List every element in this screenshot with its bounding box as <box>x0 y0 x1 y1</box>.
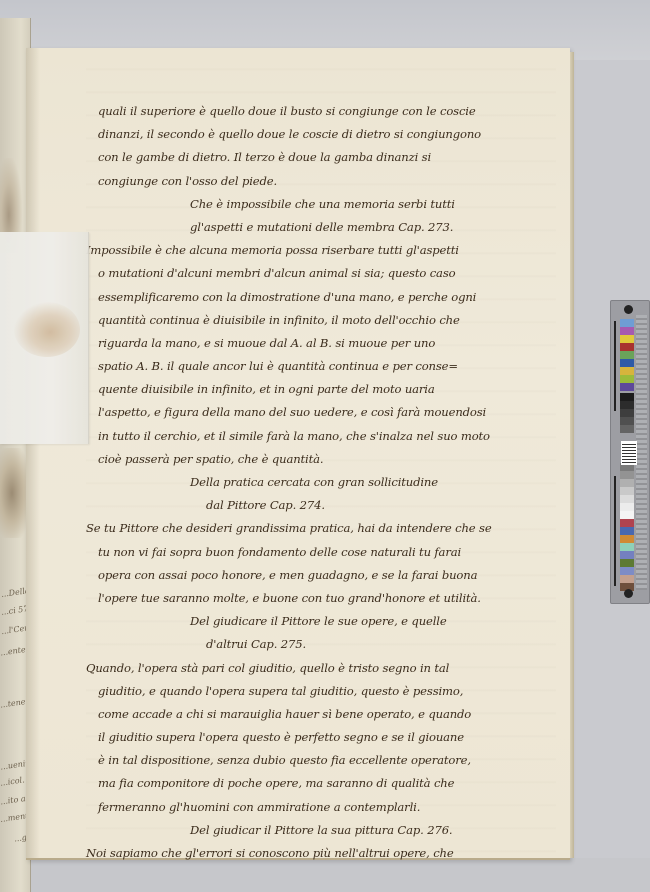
color-swatch <box>620 383 634 391</box>
color-swatch <box>620 471 634 479</box>
color-swatch <box>620 417 634 425</box>
color-swatch <box>620 335 634 343</box>
target-hole-top <box>624 305 633 314</box>
text-line: Se tu Pittore che desideri grandissima p… <box>86 517 538 540</box>
color-swatch <box>620 567 634 575</box>
chapter-heading: Della pratica cercata con gran sollicitu… <box>98 471 538 494</box>
target-edge-bar <box>614 476 616 586</box>
text-line: Quando, l'opera stà pari col giuditio, q… <box>86 657 538 680</box>
text-line: cioè passerà per spatio, che è quantità. <box>98 448 538 471</box>
text-line: quente diuisibile in infinito, et in ogn… <box>98 378 538 401</box>
color-swatch <box>620 551 634 559</box>
tissue-sketch-showthrough <box>14 302 80 357</box>
text-line: giuditio, e quando l'opera supera tal gi… <box>98 680 538 703</box>
text-line: ma fia componitore di poche opere, ma sa… <box>98 772 538 795</box>
text-line: quantità continua è diuisibile in infini… <box>98 309 538 332</box>
color-swatch <box>620 503 634 511</box>
text-line: l'aspetto, e figura della mano del suo u… <box>98 401 538 424</box>
text-line: con le gambe di dietro. Il terzo è doue … <box>98 146 538 169</box>
text-line: come accade a chi si marauiglia hauer sì… <box>98 703 538 726</box>
color-swatch <box>620 409 634 417</box>
color-swatch <box>620 343 634 351</box>
chapter-heading: Del giudicar il Pittore la sua pittura C… <box>98 819 538 842</box>
text-line: essemplificaremo con la dimostratione d'… <box>98 286 538 309</box>
tissue-interleaf <box>0 232 89 444</box>
text-line: quali il superiore è quello doue il bust… <box>98 100 538 123</box>
color-swatch <box>620 351 634 359</box>
color-swatch <box>620 527 634 535</box>
color-swatch <box>620 327 634 335</box>
text-line: è in tal dispositione, senza dubio quest… <box>98 749 538 772</box>
color-swatch <box>620 401 634 409</box>
text-line: in tutto il cerchio, et il simile farà l… <box>98 425 538 448</box>
chapter-heading: dal Pittore Cap. 274. <box>98 494 538 517</box>
target-edge-bar <box>614 321 616 411</box>
color-swatch <box>620 495 634 503</box>
text-line: dinanzi, il secondo è quello doue le cos… <box>98 123 538 146</box>
text-line: fermeranno gl'huomini con ammiratione a … <box>98 796 538 819</box>
color-swatch <box>620 359 634 367</box>
target-labels <box>636 315 647 590</box>
chapter-heading: Del giudicare il Pittore le sue opere, e… <box>98 610 538 633</box>
manuscript-page: quali il superiore è quello doue il bust… <box>26 48 570 860</box>
chapter-heading: d'altrui Cap. 275. <box>98 633 538 656</box>
text-line: il giuditio supera l'opera questo è perf… <box>98 726 538 749</box>
text-line: tu non vi fai sopra buon fondamento dell… <box>98 541 538 564</box>
text-line: o mutationi d'alcuni membri d'alcun anim… <box>98 262 538 285</box>
color-swatch <box>620 425 634 433</box>
text-line: opera con assai poco honore, e men guada… <box>98 564 538 587</box>
text-line: l'opere tue saranno molte, e buone con t… <box>98 587 538 610</box>
color-swatch <box>620 479 634 487</box>
target-barcode <box>621 441 637 465</box>
color-swatch <box>620 375 634 383</box>
color-swatch <box>620 543 634 551</box>
handwritten-text: quali il superiore è quello doue il bust… <box>98 100 538 865</box>
color-swatch <box>620 519 634 527</box>
chapter-heading: Che è impossibile che una memoria serbi … <box>98 193 538 216</box>
color-swatch <box>620 393 634 401</box>
text-line: Noi sapiamo che gl'errori si conoscono p… <box>86 842 538 865</box>
color-swatch <box>620 535 634 543</box>
text-line: spatio A. B. il quale ancor lui è quanti… <box>98 355 538 378</box>
text-line: riguarda la mano, e si muoue dal A. al B… <box>98 332 538 355</box>
color-swatch <box>620 319 634 327</box>
color-swatch <box>620 575 634 583</box>
color-swatch <box>620 511 634 519</box>
chapter-heading: gl'aspetti e mutationi delle membra Cap.… <box>98 216 538 239</box>
color-calibration-target <box>610 300 650 604</box>
margin-note: ...ci 57 <box>1 604 29 617</box>
page-gutter-shadow <box>26 48 40 858</box>
text-line: congiunge con l'osso del piede. <box>98 170 538 193</box>
color-swatch <box>620 487 634 495</box>
text-line: Impossibile è che alcuna memoria possa r… <box>86 239 538 262</box>
target-hole-bottom <box>624 589 633 598</box>
color-swatch <box>620 559 634 567</box>
color-swatch <box>620 367 634 375</box>
